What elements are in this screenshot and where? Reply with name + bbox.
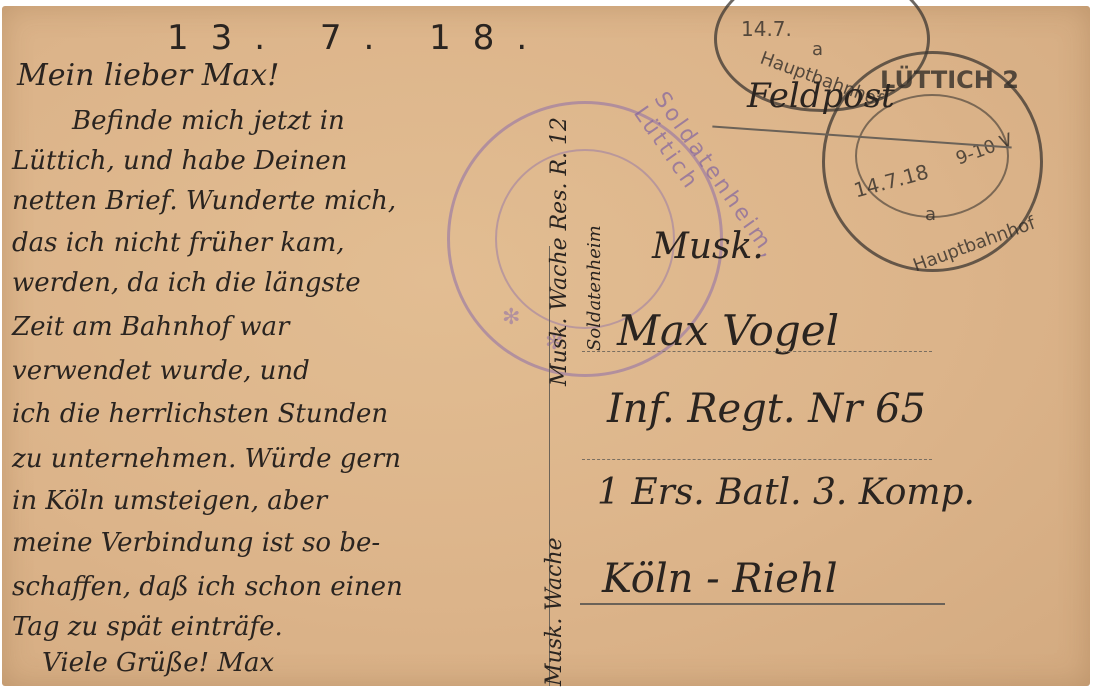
message-line: netten Brief. Wunderte mich, (12, 186, 396, 216)
address-baseline (580, 603, 945, 605)
message-line: verwendet wurde, und (12, 356, 310, 386)
address-name: Max Vogel (617, 306, 839, 355)
sender-vertical-lower: Musk. Wache (542, 537, 567, 686)
postmark-date: 14.7. (741, 17, 792, 41)
message-line: Lüttich, und habe Deinen (12, 146, 347, 176)
message-line: in Köln umsteigen, aber (12, 486, 327, 516)
star-icon: ✻ (502, 304, 520, 330)
postmark-city: LÜTTICH 2 (880, 66, 1019, 94)
message-line: Tag zu spät einträfe. (12, 612, 283, 642)
feldpost-header: Feldpost (747, 76, 895, 116)
message-line: ich die herrlichsten Stunden (12, 399, 388, 429)
postmark-letter: a (925, 204, 936, 225)
message-line: Befinde mich jetzt in (72, 106, 345, 136)
message-signoff: Viele Grüße! Max (42, 648, 274, 678)
address-line: Musk. (652, 226, 764, 267)
message-line: schaffen, daß ich schon einen (12, 572, 403, 602)
sender-vertical-2: Soldatenheim (584, 225, 605, 351)
message-line: das ich nicht früher kam, (12, 228, 345, 258)
address-line: Inf. Regt. Nr 65 (607, 386, 926, 432)
address-dotted-line (582, 459, 932, 460)
postcard: 13. 7. 18. Mein lieber Max! Befinde mich… (2, 6, 1090, 686)
address-dotted-line (582, 351, 932, 352)
address-city: Köln - Riehl (602, 556, 838, 602)
message-date: 13. 7. 18. (167, 18, 549, 58)
address-line: 1 Ers. Batl. 3. Komp. (597, 472, 975, 513)
message-greeting: Mein lieber Max! (17, 58, 279, 93)
message-line: meine Verbindung ist so be- (12, 528, 380, 558)
message-line: zu unternehmen. Würde gern (12, 444, 401, 474)
sender-vertical-1: Musk. Wache Res. R. 12 (547, 117, 572, 386)
message-line: Zeit am Bahnhof war (12, 312, 289, 342)
postmark-letter: a (812, 39, 823, 60)
message-line: werden, da ich die längste (12, 268, 361, 298)
